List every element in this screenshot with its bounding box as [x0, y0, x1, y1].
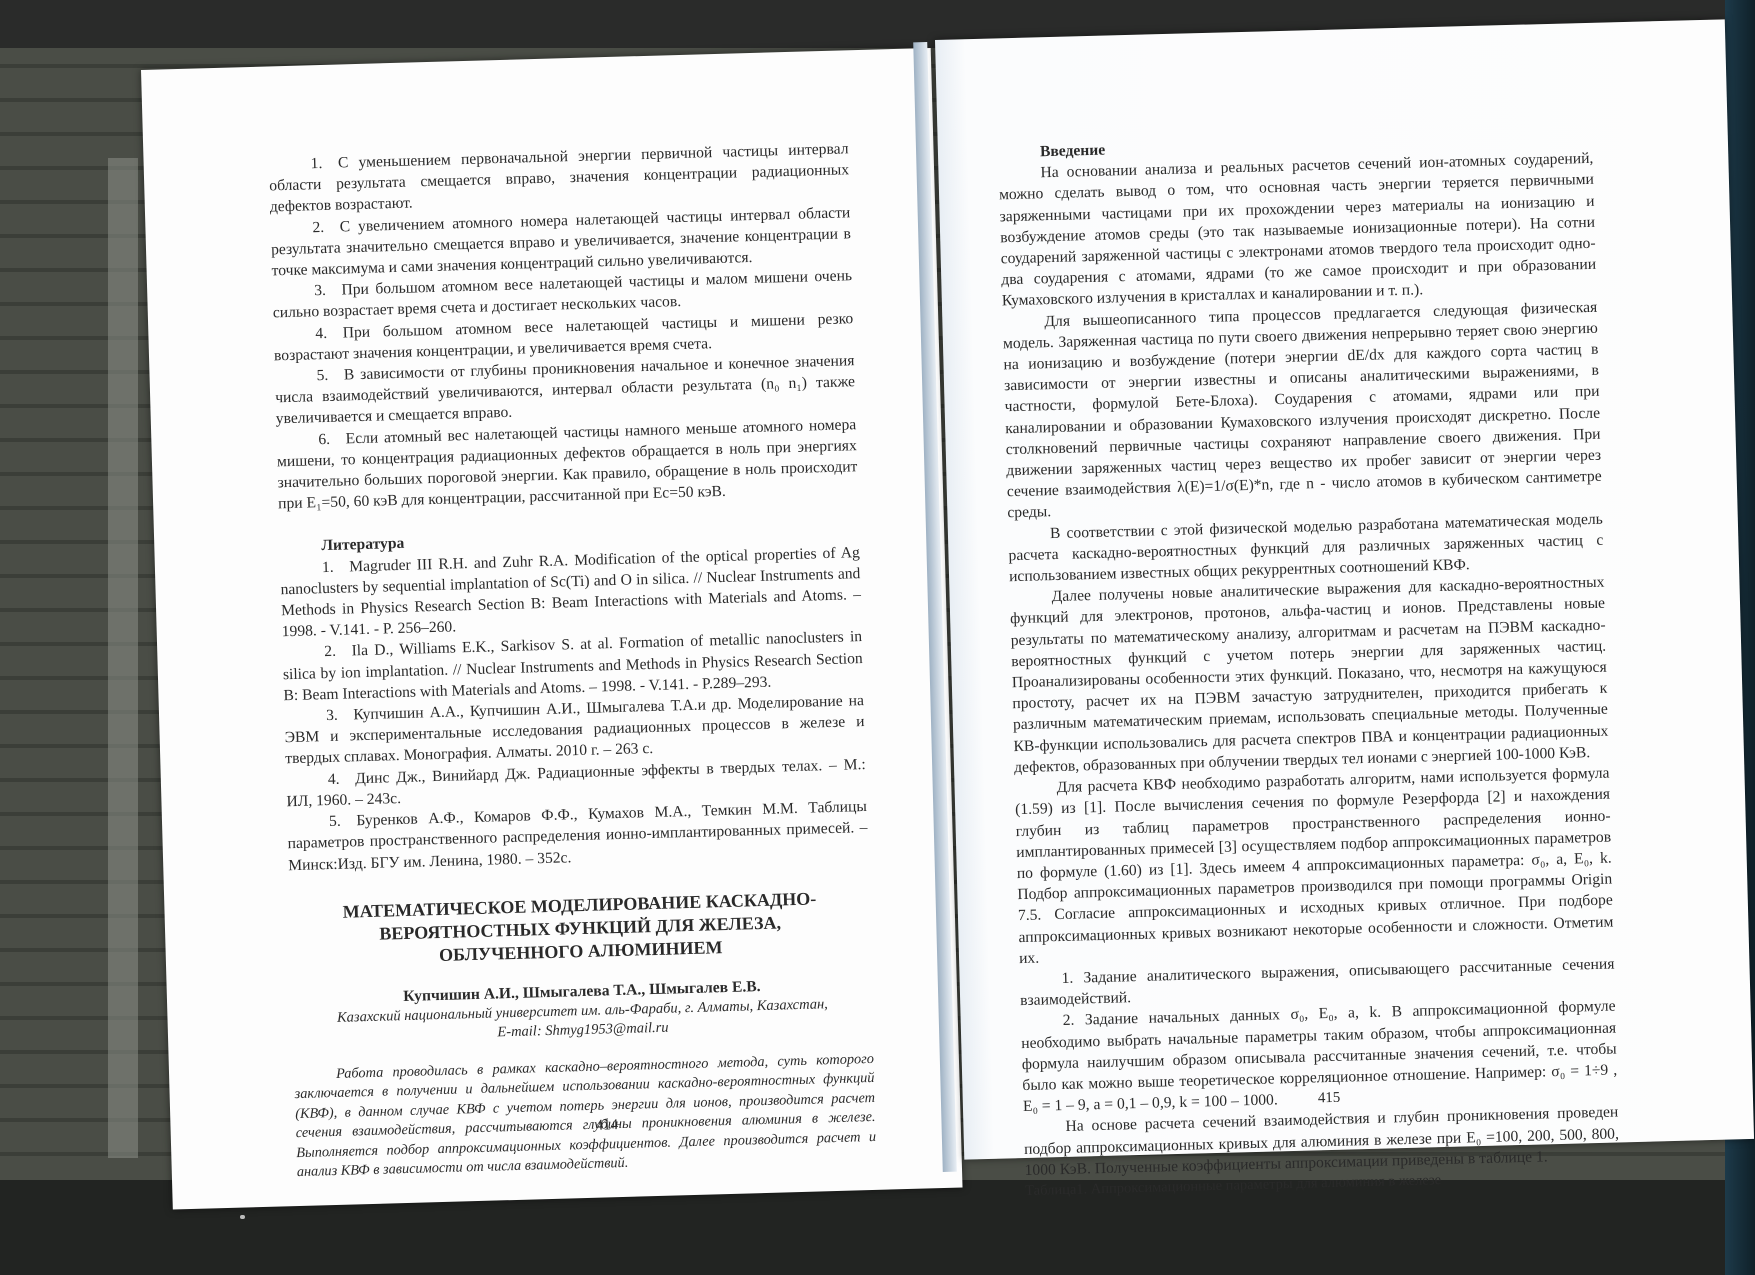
reference-item: 1. Magruder III R.H. and Zuhr R.A. Modif…: [280, 542, 862, 643]
right-page: Введение На основании анализа и реальных…: [935, 19, 1754, 1159]
scanner-left-shadow: [108, 158, 138, 1158]
conclusion-item: 6. Если атомный вес налетающей частицы н…: [276, 414, 858, 515]
body-paragraph: На основании анализа и реальных расчетов…: [998, 148, 1597, 312]
right-page-text-column: Введение На основании анализа и реальных…: [998, 123, 1621, 1202]
left-page: 1. С уменьшением первоначальной энергии …: [141, 48, 963, 1210]
page-number-right: 415: [1318, 1090, 1341, 1108]
body-paragraph: Для расчета КВФ необходимо разработать а…: [1014, 763, 1614, 969]
article-title: МАТЕМАТИЧЕСКОЕ МОДЕЛИРОВАНИЕ КАСКАДНО- В…: [289, 886, 871, 971]
body-paragraph: Далее получены новые аналитические выраж…: [1009, 572, 1609, 778]
dust-speck: [240, 1215, 245, 1219]
left-page-text-column: 1. С уменьшением первоначальной энергии …: [268, 138, 877, 1183]
article-abstract: Работа проводилась в рамках каскадно–вер…: [294, 1050, 877, 1183]
page-number-left: 414: [595, 1117, 618, 1135]
body-paragraph: Для вышеописанного типа процессов предла…: [1002, 296, 1602, 524]
